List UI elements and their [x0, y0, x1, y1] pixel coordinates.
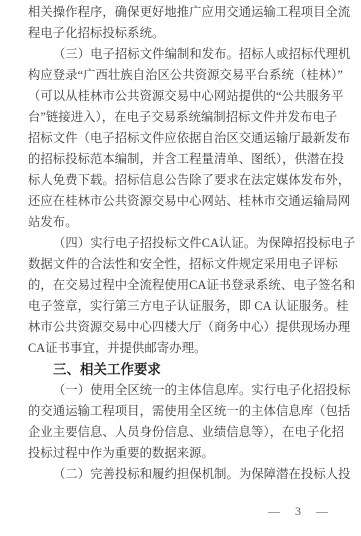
page-number: — 3 — — [268, 504, 331, 518]
document-text-block: 相关操作程序，确保更好地推广应用交通运输工程项目全流 程电子化招标投标系统。 （… — [28, 2, 354, 485]
para-4-start-line: （四）实行电子招投标文件CA认证。为保障招投标电子 — [28, 233, 354, 254]
document-page: 相关操作程序，确保更好地推广应用交通运输工程项目全流 程电子化招标投标系统。 （… — [0, 0, 361, 536]
para-3-start-line: （三）电子招标文件编制和发布。招标人或招标代理机 — [28, 44, 354, 65]
text-line: 的交通运输工程项目，需使用全区统一的主体信息库（包括 — [28, 401, 354, 422]
text-line: 标人免费下载。招标信息公告除了要求在法定媒体发布外， — [28, 170, 354, 191]
text-line: 的招标投标范本编制，并含工程量清单、图纸），供潜在投 — [28, 149, 354, 170]
text-line: 构应登录“广西壮族自治区公共资源交易平台系统（桂林）” — [28, 65, 354, 86]
text-line: 林市公共资源交易中心四楼大厅（商务中心）提供现场办理 — [28, 317, 354, 338]
text-line: 投标过程中作为重要的数据来源。 — [28, 443, 354, 464]
text-line: 的，在交易过程中全流程使用CA证书登录系统、电子签名和 — [28, 275, 354, 296]
text-line: 招标文件（电子招标文件应依据自治区交通运输厅最新发布 — [28, 128, 354, 149]
text-line: 数据文件的合法性和安全性，招标文件规定采用电子评标 — [28, 254, 354, 275]
text-line: 企业主要信息、人员身份信息、业绩信息等），在电子化招 — [28, 422, 354, 443]
text-line: （可以从桂林市公共资源交易中心网站提供的“公共服务平 — [28, 86, 354, 107]
text-line: 电子签章，实行第三方电子认证服务，即 CA 认证服务。桂 — [28, 296, 354, 317]
text-line: 台”链接进入），在电子交易系统编制招标文件并发布电子 — [28, 107, 354, 128]
para-1-start-line: （一）使用全区统一的主体信息库。实行电子化招投标 — [28, 380, 354, 401]
para-2-start-line: （二）完善投标和履约担保机制。为保障潜在投标人投 — [28, 464, 354, 485]
text-line: CA证书事宜，并提供邮寄办理。 — [28, 338, 354, 359]
text-line: 还应在桂林市公共资源交易中心网站、桂林市交通运输局网 — [28, 191, 354, 212]
text-line: 程电子化招标投标系统。 — [28, 23, 354, 44]
text-line: 站发布。 — [28, 212, 354, 233]
section-3-heading: 三、相关工作要求 — [28, 359, 354, 380]
text-line: 相关操作程序，确保更好地推广应用交通运输工程项目全流 — [28, 2, 354, 23]
